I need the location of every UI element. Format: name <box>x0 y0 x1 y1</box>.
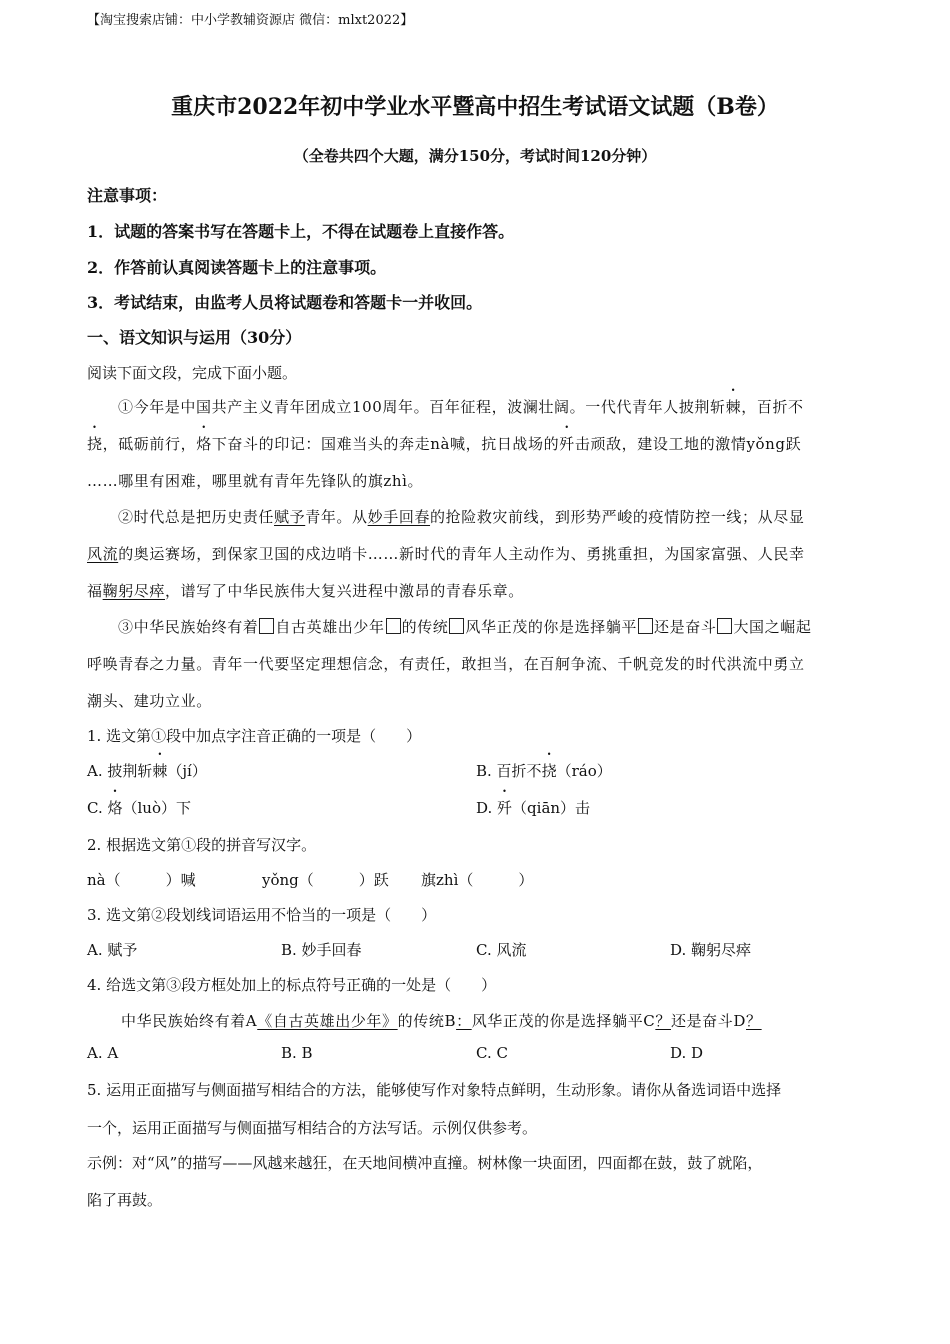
para3-line1: ③中华民族始终有着自古英雄出少年的传统风华正茂的你是选择躺平还是奋斗大国之崛起 <box>118 616 811 637</box>
q3-stem: 3. 选文第②段划线词语运用不恰当的一项是（ ） <box>87 904 436 925</box>
exam-info: （全卷共四个大题，满分150分，考试时间120分钟） <box>0 145 950 166</box>
para3-line2: 呼唤青春之力量。青年一代要坚定理想信念，有责任，敢担当，在百舸争流、千帆竞发的时… <box>87 653 805 674</box>
reading-instruction: 阅读下面文段，完成下面小题。 <box>87 362 297 383</box>
para1-line3: ……哪里有困难，哪里就有青年先锋队的旗zhì。 <box>87 470 423 491</box>
page-title: 重庆市2022年初中学业水平暨高中招生考试语文试题（B卷） <box>0 90 950 121</box>
blank-box <box>638 618 653 634</box>
para1-line2: 挠，砥砺前行，烙下奋斗的印记：国难当头的奔走nà喊，抗日战场的歼击顽敌，建设工地… <box>87 433 801 454</box>
watermark: 【淘宝搜索店铺：中小学教辅资源店 微信：mlxt2022】 <box>87 9 413 28</box>
notice-heading: 注意事项： <box>87 183 167 206</box>
q1-option-c: C. 烙（luò）下 <box>87 797 191 818</box>
dotted-char: 歼 <box>559 433 575 454</box>
q4-stem: 4. 给选文第③段方框处加上的标点符号正确的一处是（ ） <box>87 974 496 995</box>
q4-option-a: A. A <box>87 1044 118 1062</box>
underlined-word: 赋予 <box>274 508 305 526</box>
section-heading: 一、语文知识与运用（30分） <box>87 325 301 348</box>
q5-example-2: 陷了再鼓。 <box>87 1189 162 1210</box>
para1-line1: ①今年是中国共产主义青年团成立100周年。百年征程，波澜壮阔。一代代青年人披荆斩… <box>118 396 804 417</box>
para3-line3: 潮头、建功立业。 <box>87 690 212 711</box>
underlined-word: 妙手回春 <box>368 508 430 526</box>
q3-option-c: C. 风流 <box>476 939 526 960</box>
blank-box <box>386 618 401 634</box>
q1-option-a: A. 披荆斩棘（jí） <box>87 760 207 781</box>
q2-stem: 2. 根据选文第①段的拼音写汉字。 <box>87 834 316 855</box>
underlined-word: 风流 <box>87 545 118 563</box>
notice-item-2: 2．作答前认真阅读答题卡上的注意事项。 <box>87 255 386 278</box>
q4-option-b: B. B <box>281 1044 313 1062</box>
notice-item-3: 3．考试结束，由监考人员将试题卷和答题卡一并收回。 <box>87 290 482 313</box>
blank-box <box>717 618 732 634</box>
q5-line-1: 5. 运用正面描写与侧面描写相结合的方法，能够使写作对象特点鲜明，生动形象。请你… <box>87 1079 781 1100</box>
q4-option-d: D. D <box>670 1044 703 1062</box>
q5-example-1: 示例：对“风”的描写——风越来越狂，在天地间横冲直撞。树林像一块面团，四面都在鼓… <box>87 1152 762 1173</box>
q1-option-d: D. 歼（qiān）击 <box>476 797 590 818</box>
dotted-char: 棘 <box>726 396 742 417</box>
dotted-char: 挠 <box>87 433 103 454</box>
blank-box <box>259 618 274 634</box>
para2-line2: 风流的奥运赛场，到保家卫国的戍边哨卡……新时代的青年人主动作为、勇挑重担，为国家… <box>87 543 805 564</box>
para2-line1: ②时代总是把历史责任赋予青年。从妙手回春的抢险救灾前线，到形势严峻的疫情防控一线… <box>118 506 804 527</box>
q1-option-b: B. 百折不挠（ráo） <box>476 760 612 781</box>
q2-blank-1: nà（ ）喊 <box>87 869 196 890</box>
q3-option-d: D. 鞠躬尽瘁 <box>670 939 751 960</box>
blank-box <box>449 618 464 634</box>
q4-sentence: 中华民族始终有着A《自古英雄出少年》的传统B：风华正茂的你是选择躺平C？还是奋斗… <box>121 1010 762 1031</box>
q5-line-2: 一个，运用正面描写与侧面描写相结合的方法写话。示例仅供参考。 <box>87 1117 537 1138</box>
notice-item-1: 1．试题的答案书写在答题卡上，不得在试题卷上直接作答。 <box>87 219 514 242</box>
q3-option-a: A. 赋予 <box>87 939 137 960</box>
para2-line3: 福鞠躬尽瘁，谱写了中华民族伟大复兴进程中激昂的青春乐章。 <box>87 580 524 601</box>
q4-option-c: C. C <box>476 1044 508 1062</box>
underlined-word: 鞠躬尽瘁 <box>103 582 165 600</box>
q1-stem: 1. 选文第①段中加点字注音正确的一项是（ ） <box>87 725 421 746</box>
q3-option-b: B. 妙手回春 <box>281 939 362 960</box>
q2-blank-2: yǒng（ ）跃 <box>262 869 389 890</box>
dotted-char: 烙 <box>196 433 212 454</box>
q2-blank-3: 旗zhì（ ） <box>421 869 533 890</box>
